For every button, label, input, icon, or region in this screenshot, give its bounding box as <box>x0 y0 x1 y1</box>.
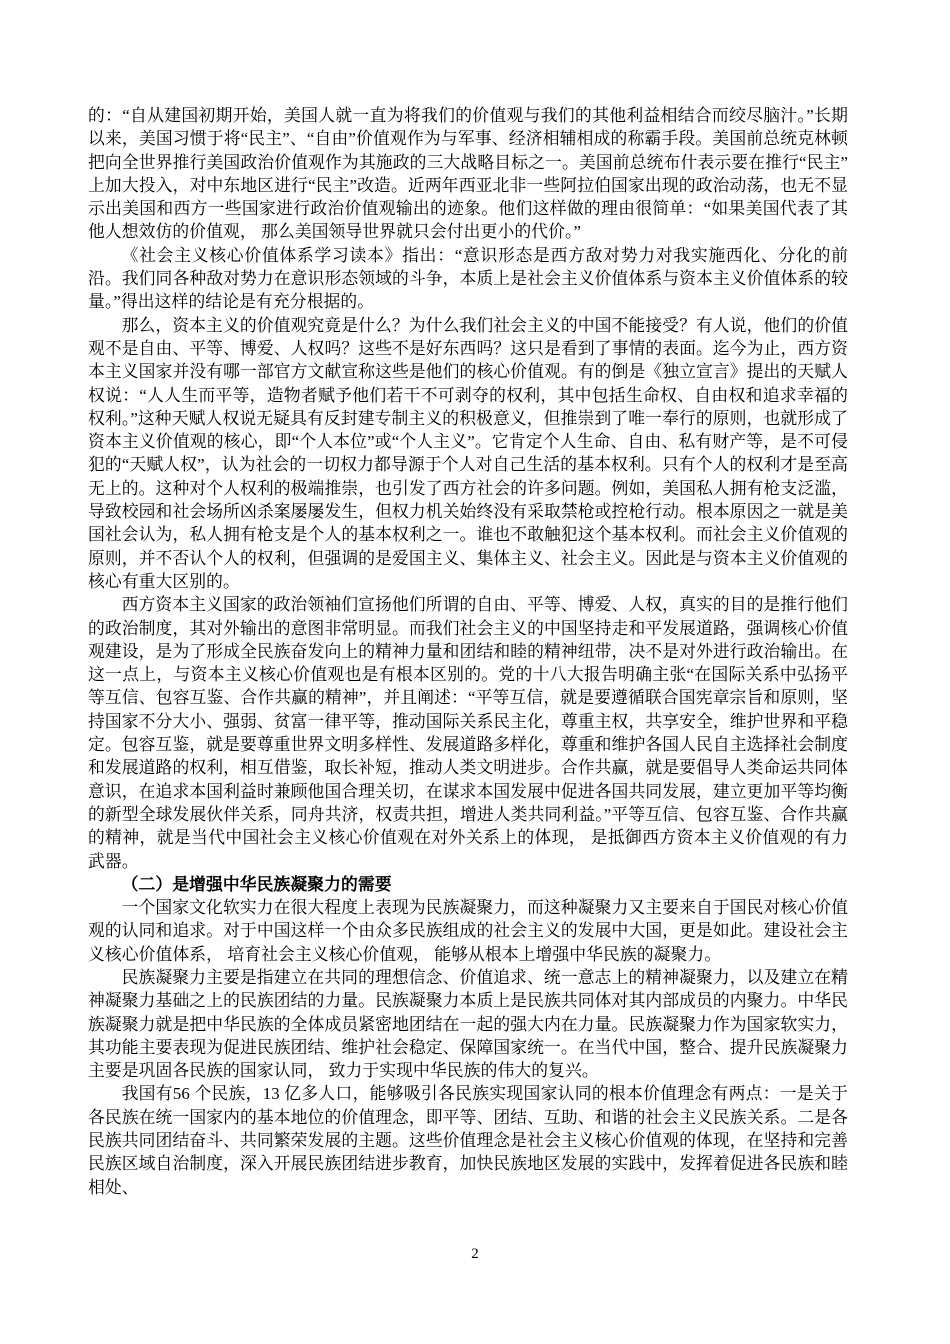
section-heading: （二）是增强中华民族凝聚力的需要 <box>88 873 848 896</box>
document-page: 的：“自从建国初期开始，美国人就一直为将我们的价值观与我们的其他利益相结合而绞尽… <box>0 0 950 1344</box>
paragraph-cultural-soft-power: 一个国家文化软实力在很大程度上表现为民族凝聚力，而这种凝聚力又主要来自于国民对核… <box>88 896 848 966</box>
page-number: 2 <box>0 1244 950 1264</box>
paragraph-capitalist-values-analysis: 那么，资本主义的价值观究竟是什么？为什么我们社会主义的中国不能接受？有人说，他们… <box>88 314 848 594</box>
paragraph-us-values-export: 的：“自从建国初期开始，美国人就一直为将我们的价值观与我们的其他利益相结合而绞尽… <box>88 104 848 244</box>
paragraph-core-values-reader-quote: 《社会主义核心价值体系学习读本》指出：“意识形态是西方敌对势力对我实施西化、分化… <box>88 244 848 314</box>
page-content: 的：“自从建国初期开始，美国人就一直为将我们的价值观与我们的其他利益相结合而绞尽… <box>88 104 848 1199</box>
paragraph-56-ethnic-groups: 我国有56 个民族，13 亿多人口，能够吸引各民族实现国家认同的根本价值理念有两… <box>88 1082 848 1198</box>
paragraph-western-leaders-vs-china: 西方资本主义国家的政治领袖们宣扬他们所谓的自由、平等、博爱、人权，真实的目的是推… <box>88 593 848 873</box>
paragraph-national-cohesion-definition: 民族凝聚力主要是指建立在共同的理想信念、价值追求、统一意志上的精神凝聚力，以及建… <box>88 966 848 1082</box>
